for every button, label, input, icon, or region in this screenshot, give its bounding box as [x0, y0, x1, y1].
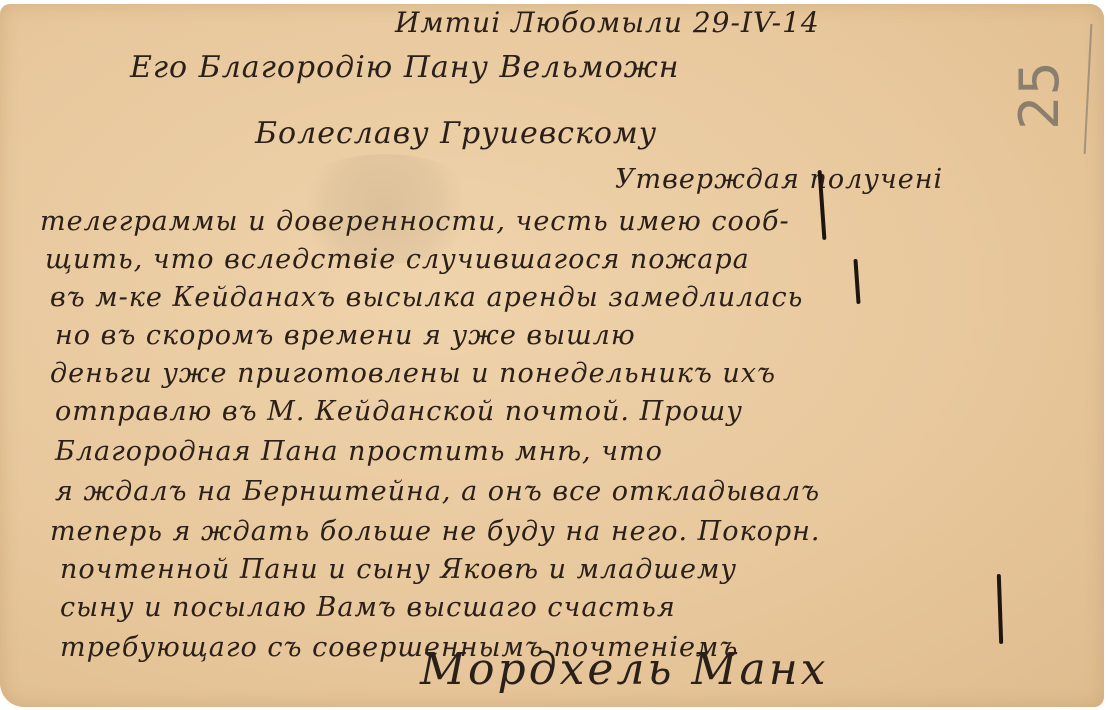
- body-line-2: телеграммы и доверенности, честь имею со…: [40, 206, 790, 237]
- body-line-11: почтенной Пани и сыну Яковѣ и младшему: [60, 554, 737, 585]
- body-line-10: теперь я ждать больше не буду на него. П…: [50, 516, 821, 547]
- postcard: Имтиі Любомыли 29-IV-14 Его Благородію П…: [0, 4, 1104, 707]
- body-line-8: Благородная Пана простить мнѣ, что: [55, 436, 663, 467]
- pencil-mark-stroke: [1084, 24, 1093, 154]
- ink-margin-stroke: [997, 574, 1003, 644]
- pencil-annotation: 25: [1008, 61, 1071, 130]
- body-line-12: сыну и посылаю Вамъ высшаго счастья: [60, 592, 676, 623]
- body-line-7: отправлю въ М. Кейданской почтой. Прошу: [55, 396, 743, 427]
- place-date-line: Имтиі Любомыли 29-IV-14: [395, 6, 820, 39]
- signature: Мордхель Манх: [420, 644, 829, 695]
- body-line-6: деньги уже приготовлены и понедельникъ и…: [50, 358, 776, 389]
- ink-margin-stroke: [853, 259, 860, 304]
- body-line-4: въ м-ке Кейданахъ высылка аренды замедли…: [50, 282, 803, 313]
- body-line-5: но въ скоромъ времени я уже вышлю: [55, 320, 636, 351]
- body-line-3: щить, что вследствіе случившагося пожара: [45, 244, 750, 275]
- body-line-9: я ждалъ на Бернштейна, а онъ все отклады…: [55, 476, 820, 507]
- salutation-line: Его Благородію Пану Вельможн: [130, 50, 680, 85]
- body-line-1: Утверждая получені: [615, 164, 943, 195]
- addressee-line: Болеславу Груиевскому: [255, 116, 657, 151]
